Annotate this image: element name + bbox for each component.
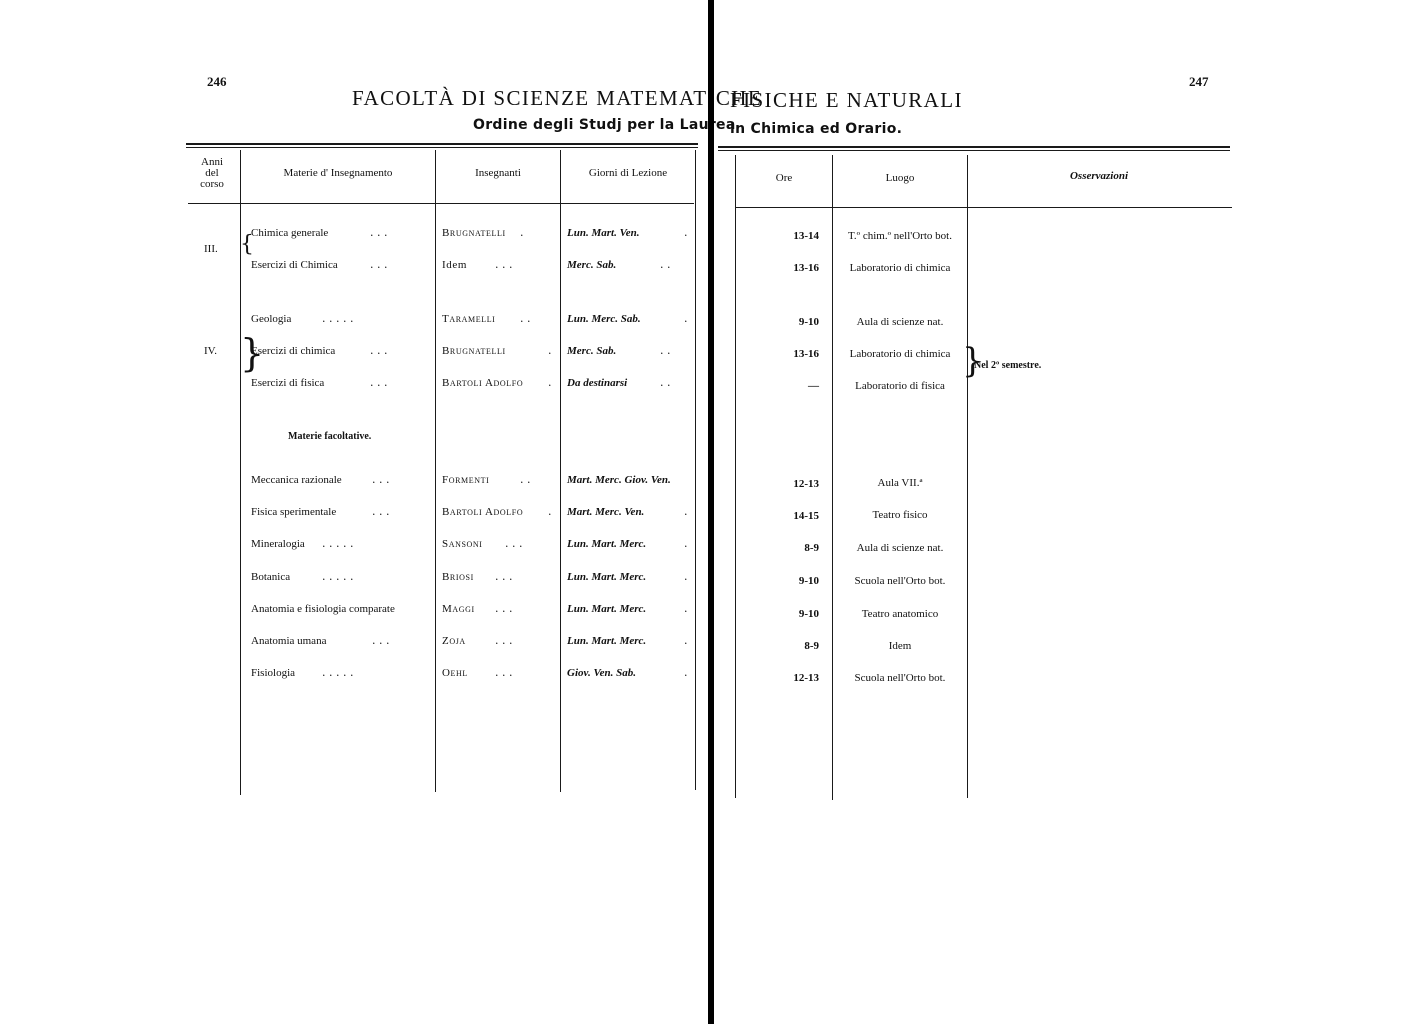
- row-1-materia: Esercizi di Chimica: [251, 258, 338, 272]
- row-3-giorni: Merc. Sab.: [567, 344, 616, 358]
- row-4-luogo: Laboratorio di fisica: [833, 379, 967, 393]
- leader-days-10: .: [684, 634, 688, 647]
- row-9-materia: Anatomia e fisiologia comparate: [251, 602, 395, 616]
- leader-days-7: .: [684, 537, 688, 550]
- row-10-leader: . . .: [372, 634, 389, 647]
- row-2-luogo: Aula di scienze nat.: [833, 315, 967, 329]
- row-5-leader: . . .: [372, 473, 389, 486]
- leader-teach-2: . .: [520, 312, 531, 325]
- row-10-materia: Anatomia umana: [251, 634, 326, 648]
- leader-days-4: . .: [660, 376, 671, 389]
- row-7-giorni: Lun. Mart. Merc.: [567, 537, 646, 551]
- col-divider-materie: [435, 150, 436, 792]
- row-5-luogo: Aula VII.ª: [833, 476, 967, 490]
- leader-days-6: .: [684, 505, 688, 518]
- row-4-giorni: Da destinarsi: [567, 376, 627, 390]
- row-3-luogo: Laboratorio di chimica: [833, 347, 967, 361]
- row-8-insegnante: Briosi: [442, 570, 474, 584]
- leader-days-0: .: [684, 226, 688, 239]
- row-5-giorni: Mart. Merc. Giov. Ven.: [567, 473, 671, 487]
- row-1-luogo: Laboratorio di chimica: [833, 261, 967, 275]
- leader-days-3: . .: [660, 344, 671, 357]
- row-1-giorni: Merc. Sab.: [567, 258, 616, 272]
- row-0-giorni: Lun. Mart. Ven.: [567, 226, 639, 240]
- left-page-subtitle: Ordine degli Studj per la Laurea: [473, 117, 736, 133]
- row-3-insegnante: Brugnatelli: [442, 344, 506, 358]
- left-top-rule-thin: [186, 147, 698, 148]
- row-0-insegnante: Brugnatelli: [442, 226, 506, 240]
- section-label-facoltative: Materie facoltative.: [288, 431, 371, 442]
- row-8-leader: . . . . .: [322, 570, 353, 583]
- row-3-leader: . . .: [370, 344, 387, 357]
- row-0-ore: 13-14: [759, 229, 819, 243]
- leader-teach-10: . . .: [495, 634, 512, 647]
- row-7-materia: Mineralogia: [251, 537, 305, 551]
- header-luogo: Luogo: [833, 173, 967, 184]
- row-11-giorni: Giov. Ven. Sab.: [567, 666, 636, 680]
- leader-teach-6: .: [548, 505, 552, 518]
- header-anni: Anni del corso: [190, 157, 234, 190]
- row-7-insegnante: Sansoni: [442, 537, 483, 551]
- row-3-materia: Esercizi di chimica: [251, 344, 335, 358]
- header-osservazioni: Osservazioni: [968, 171, 1230, 182]
- row-7-luogo: Aula di scienze nat.: [833, 541, 967, 555]
- row-1-insegnante: Idem: [442, 258, 467, 272]
- year-label-iv: IV.: [204, 345, 217, 357]
- left-page-title: FACOLTÀ DI SCIENZE MATEMATICHE: [352, 86, 762, 111]
- col-divider-giorni: [695, 150, 696, 790]
- row-5-ore: 12-13: [759, 477, 819, 491]
- leader-days-8: .: [684, 570, 688, 583]
- row-11-luogo: Scuola nell'Orto bot.: [833, 671, 967, 685]
- row-6-luogo: Teatro fisico: [833, 508, 967, 522]
- row-1-leader: . . .: [370, 258, 387, 271]
- right-page-number: 247: [1189, 74, 1209, 90]
- header-anni-line3: corso: [190, 179, 234, 190]
- leader-days-1: . .: [660, 258, 671, 271]
- row-4-materia: Esercizi di fisica: [251, 376, 324, 390]
- row-6-leader: . . .: [372, 505, 389, 518]
- row-3-ore: 13-16: [759, 347, 819, 361]
- row-6-insegnante: Bartoli Adolfo: [442, 505, 523, 519]
- header-giorni: Giorni di Lezione: [561, 168, 695, 179]
- row-7-leader: . . . . .: [322, 537, 353, 550]
- row-9-giorni: Lun. Mart. Merc.: [567, 602, 646, 616]
- leader-teach-0: .: [520, 226, 524, 239]
- right-page-title: FISICHE E NATURALI: [730, 88, 963, 113]
- row-0-luogo: T.º chim.º nell'Orto bot.: [833, 229, 967, 243]
- row-11-ore: 12-13: [759, 671, 819, 685]
- row-2-leader: . . . . .: [322, 312, 353, 325]
- left-top-rule: [186, 143, 698, 145]
- left-header-rule: [188, 203, 694, 204]
- row-8-luogo: Scuola nell'Orto bot.: [833, 574, 967, 588]
- row-5-insegnante: Formenti: [442, 473, 489, 487]
- right-top-rule-thin: [718, 150, 1230, 151]
- row-4-leader: . . .: [370, 376, 387, 389]
- leader-teach-5: . .: [520, 473, 531, 486]
- row-6-ore: 14-15: [759, 509, 819, 523]
- row-6-materia: Fisica sperimentale: [251, 505, 336, 519]
- leader-days-9: .: [684, 602, 688, 615]
- leader-teach-8: . . .: [495, 570, 512, 583]
- right-page-subtitle: in Chimica ed Orario.: [730, 121, 902, 137]
- row-2-insegnante: Taramelli: [442, 312, 495, 326]
- row-0-leader: . . .: [370, 226, 387, 239]
- row-1-ore: 13-16: [759, 261, 819, 275]
- leader-days-2: .: [684, 312, 688, 325]
- leader-teach-4: .: [548, 376, 552, 389]
- row-2-giorni: Lun. Merc. Sab.: [567, 312, 641, 326]
- row-2-ore: 9-10: [759, 315, 819, 329]
- header-insegnanti: Insegnanti: [436, 168, 560, 179]
- row-11-leader: . . . . .: [322, 666, 353, 679]
- leader-teach-11: . . .: [495, 666, 512, 679]
- row-8-materia: Botanica: [251, 570, 290, 584]
- leader-teach-9: . . .: [495, 602, 512, 615]
- right-top-rule: [718, 146, 1230, 148]
- row-11-insegnante: Oehl: [442, 666, 468, 680]
- row-9-insegnante: Maggi: [442, 602, 475, 616]
- header-ore: Ore: [736, 173, 832, 184]
- leader-teach-1: . . .: [495, 258, 512, 271]
- row-9-ore: 9-10: [759, 607, 819, 621]
- row-9-luogo: Teatro anatomico: [833, 607, 967, 621]
- header-materie: Materie d' Insegnamento: [241, 168, 435, 179]
- row-10-giorni: Lun. Mart. Merc.: [567, 634, 646, 648]
- row-8-giorni: Lun. Mart. Merc.: [567, 570, 646, 584]
- row-7-ore: 8-9: [759, 541, 819, 555]
- note-2nd-semester: Nel 2º semestre.: [974, 360, 1041, 371]
- leader-teach-7: . . .: [505, 537, 522, 550]
- row-6-giorni: Mart. Merc. Ven.: [567, 505, 644, 519]
- row-4-insegnante: Bartoli Adolfo: [442, 376, 523, 390]
- row-0-materia: Chimica generale: [251, 226, 328, 240]
- col-divider-insegnanti: [560, 150, 561, 792]
- left-page-number: 246: [207, 74, 227, 90]
- col-divider-luogo: [967, 155, 968, 798]
- row-10-ore: 8-9: [759, 639, 819, 653]
- row-10-insegnante: Zoja: [442, 634, 466, 648]
- leader-teach-3: .: [548, 344, 552, 357]
- row-5-materia: Meccanica razionale: [251, 473, 342, 487]
- book-gutter: [708, 0, 714, 1024]
- row-10-luogo: Idem: [833, 639, 967, 653]
- col-divider-left-edge: [735, 155, 736, 798]
- right-header-rule: [735, 207, 1232, 208]
- leader-days-11: .: [684, 666, 688, 679]
- year-label-iii: III.: [204, 243, 218, 255]
- row-4-ore: —: [759, 379, 819, 393]
- row-11-materia: Fisiologia: [251, 666, 295, 680]
- row-2-materia: Geologia: [251, 312, 291, 326]
- row-8-ore: 9-10: [759, 574, 819, 588]
